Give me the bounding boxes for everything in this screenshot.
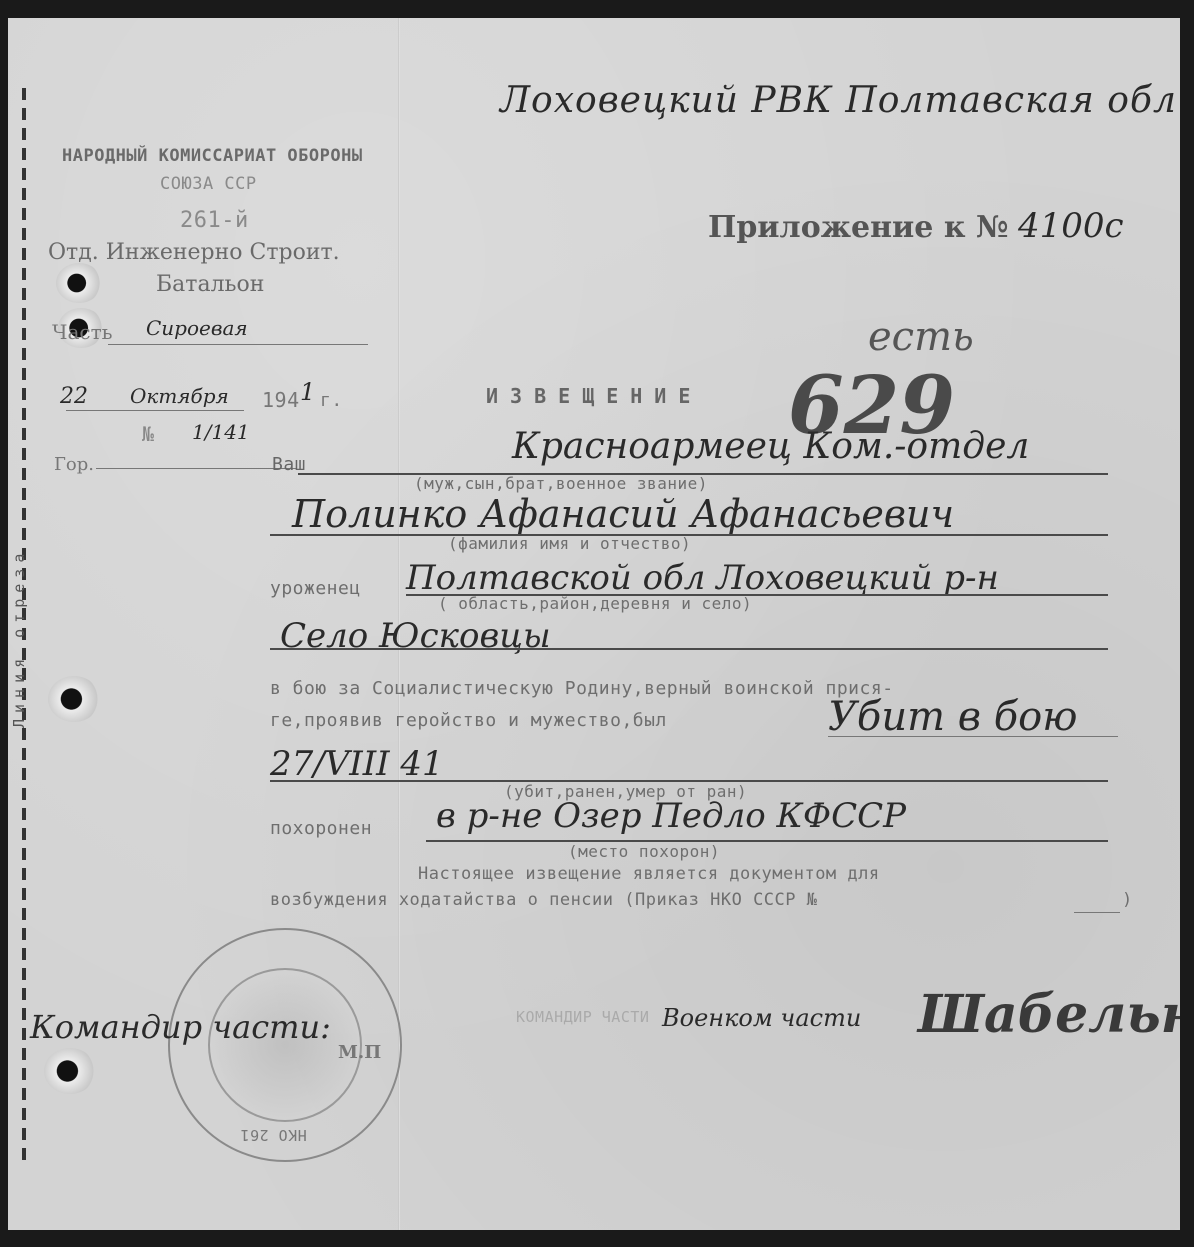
native-caption: ( область,район,деревня и село)	[438, 594, 752, 613]
commissar-label: Военком части	[662, 1004, 861, 1032]
village-underline	[270, 648, 1108, 650]
cut-line-label: Линия отреза	[10, 458, 26, 818]
native-label: уроженец	[270, 578, 361, 599]
commander-label: Командир части:	[30, 1008, 331, 1046]
seal-bottom-text: НКО 261	[240, 1126, 307, 1144]
order-number-blank	[1074, 912, 1120, 913]
appendix-label: Приложение к №	[708, 210, 1009, 245]
stamp-line-3: 261-й	[180, 208, 249, 233]
fate-value: Убит в бою	[828, 694, 1077, 740]
relation-caption: (муж,сын,брат,военное звание)	[414, 474, 708, 493]
commissar-signature: Шабельн	[918, 984, 1180, 1045]
name-caption: (фамилия имя и отчество)	[448, 534, 691, 553]
native-value: Полтавской обл Лоховецкий р-н	[406, 558, 999, 598]
commander-typed-faint: КОМАНДИР ЧАСТИ	[516, 1008, 649, 1026]
date-year-prefix: 194	[262, 388, 300, 412]
body-line-2: ге,проявив геройство и мужество,был	[270, 710, 667, 731]
buried-caption: (место похорон)	[568, 842, 720, 861]
name-value: Полинко Афанасий Афанасьевич	[292, 492, 954, 536]
date-day: 22	[60, 384, 88, 409]
number-label: №	[142, 422, 155, 446]
punch-hole-icon	[56, 263, 102, 303]
footer-line-1: Настоящее извещение является документом …	[418, 864, 880, 884]
punch-hole-icon	[44, 1048, 96, 1094]
punch-hole-icon	[48, 676, 100, 722]
notice-title: ИЗВЕЩЕНИЕ	[486, 384, 702, 408]
date-underline	[66, 410, 244, 411]
appendix-number: 4100с	[1018, 206, 1124, 246]
buried-underline	[426, 840, 1108, 842]
footer-line-2-end: )	[1122, 890, 1133, 910]
relation-value: Красноармеец Ком.-отдел	[512, 426, 1029, 467]
stamp-line-4: Отд. Инженерно Строит.	[48, 240, 340, 265]
stamp-line-2: СОЮЗА ССР	[160, 174, 257, 194]
unit-underline	[108, 344, 368, 345]
fate-underline	[828, 736, 1118, 737]
body-line-1: в бою за Социалистическую Родину,верный …	[270, 678, 894, 699]
your-label: Ваш	[272, 454, 306, 475]
fate-date: 27/VIII 41	[270, 744, 444, 784]
buried-value: в р-не Озер Педло КФССР	[436, 796, 906, 836]
village-value: Село Юсковцы	[280, 616, 551, 656]
date-year-suffix: 1	[300, 378, 315, 406]
buried-label: похоронен	[270, 818, 372, 839]
city-label: Гор.	[54, 454, 94, 475]
footer-line-2: возбуждения ходатайства о пенсии (Приказ…	[270, 890, 817, 910]
city-underline	[96, 468, 296, 469]
document-sheet: Линия отреза Лоховецкий РВК Полтавская о…	[8, 18, 1180, 1230]
stamp-line-5: Батальон	[156, 272, 264, 297]
number-value: 1/141	[192, 420, 250, 444]
date-month: Октября	[130, 384, 229, 408]
addressee-handwritten: Лоховецкий РВК Полтавская обл	[500, 80, 1177, 121]
pencil-est: есть	[868, 314, 974, 360]
unit-value: Сироевая	[146, 316, 248, 340]
date-g: г.	[320, 390, 343, 411]
stamp-line-1: НАРОДНЫЙ КОМИССАРИАТ ОБОРОНЫ	[62, 146, 363, 166]
mp-label: М.П	[338, 1042, 381, 1063]
unit-label: Часть	[52, 320, 113, 344]
